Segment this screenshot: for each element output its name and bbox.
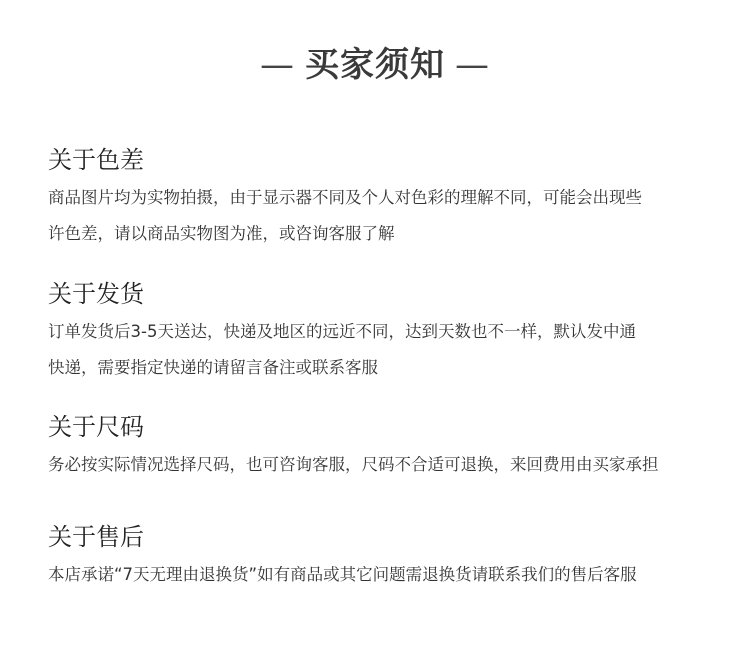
section-sizing: 关于尺码 务必按实际情况选择尺码，也可咨询客服，尺码不合适可退换，来回费用由买家… [48, 411, 738, 483]
body-line: 商品图片均为实物拍摄，由于显示器不同及个人对色彩的理解不同，可能会出现些 [48, 188, 642, 207]
body-line: 订单发货后3-5天送达，快递及地区的远近不同，达到天数也不一样，默认发中通 [48, 322, 636, 341]
body-line: 许色差，请以商品实物图为准，或咨询客服了解 [48, 224, 395, 243]
section-heading: 关于色差 [48, 144, 738, 176]
section-after-sales: 关于售后 本店承诺“7天无理由退换货”如有商品或其它问题需退换货请联系我们的售后… [48, 521, 738, 593]
section-shipping: 关于发货 订单发货后3-5天送达，快递及地区的远近不同，达到天数也不一样，默认发… [48, 278, 738, 386]
page-title: —买家须知— [0, 40, 750, 90]
section-heading: 关于发货 [48, 278, 738, 310]
section-heading: 关于尺码 [48, 411, 738, 443]
section-color-difference: 关于色差 商品图片均为实物拍摄，由于显示器不同及个人对色彩的理解不同，可能会出现… [48, 144, 738, 252]
section-body: 商品图片均为实物拍摄，由于显示器不同及个人对色彩的理解不同，可能会出现些 许色差… [48, 180, 738, 252]
body-line: 务必按实际情况选择尺码，也可咨询客服，尺码不合适可退换，来回费用由买家承担 [48, 455, 659, 474]
body-line: 本店承诺“7天无理由退换货”如有商品或其它问题需退换货请联系我们的售后客服 [48, 565, 637, 584]
section-body: 订单发货后3-5天送达，快递及地区的远近不同，达到天数也不一样，默认发中通 快递… [48, 314, 738, 386]
section-body: 本店承诺“7天无理由退换货”如有商品或其它问题需退换货请联系我们的售后客服 [48, 557, 738, 593]
section-heading: 关于售后 [48, 521, 738, 553]
title-text: 买家须知 [305, 45, 445, 85]
title-dash-right: — [455, 45, 490, 85]
body-line: 快递，需要指定快递的请留言备注或联系客服 [48, 358, 378, 377]
section-body: 务必按实际情况选择尺码，也可咨询客服，尺码不合适可退换，来回费用由买家承担 [48, 447, 738, 483]
title-dash-left: — [260, 45, 295, 85]
